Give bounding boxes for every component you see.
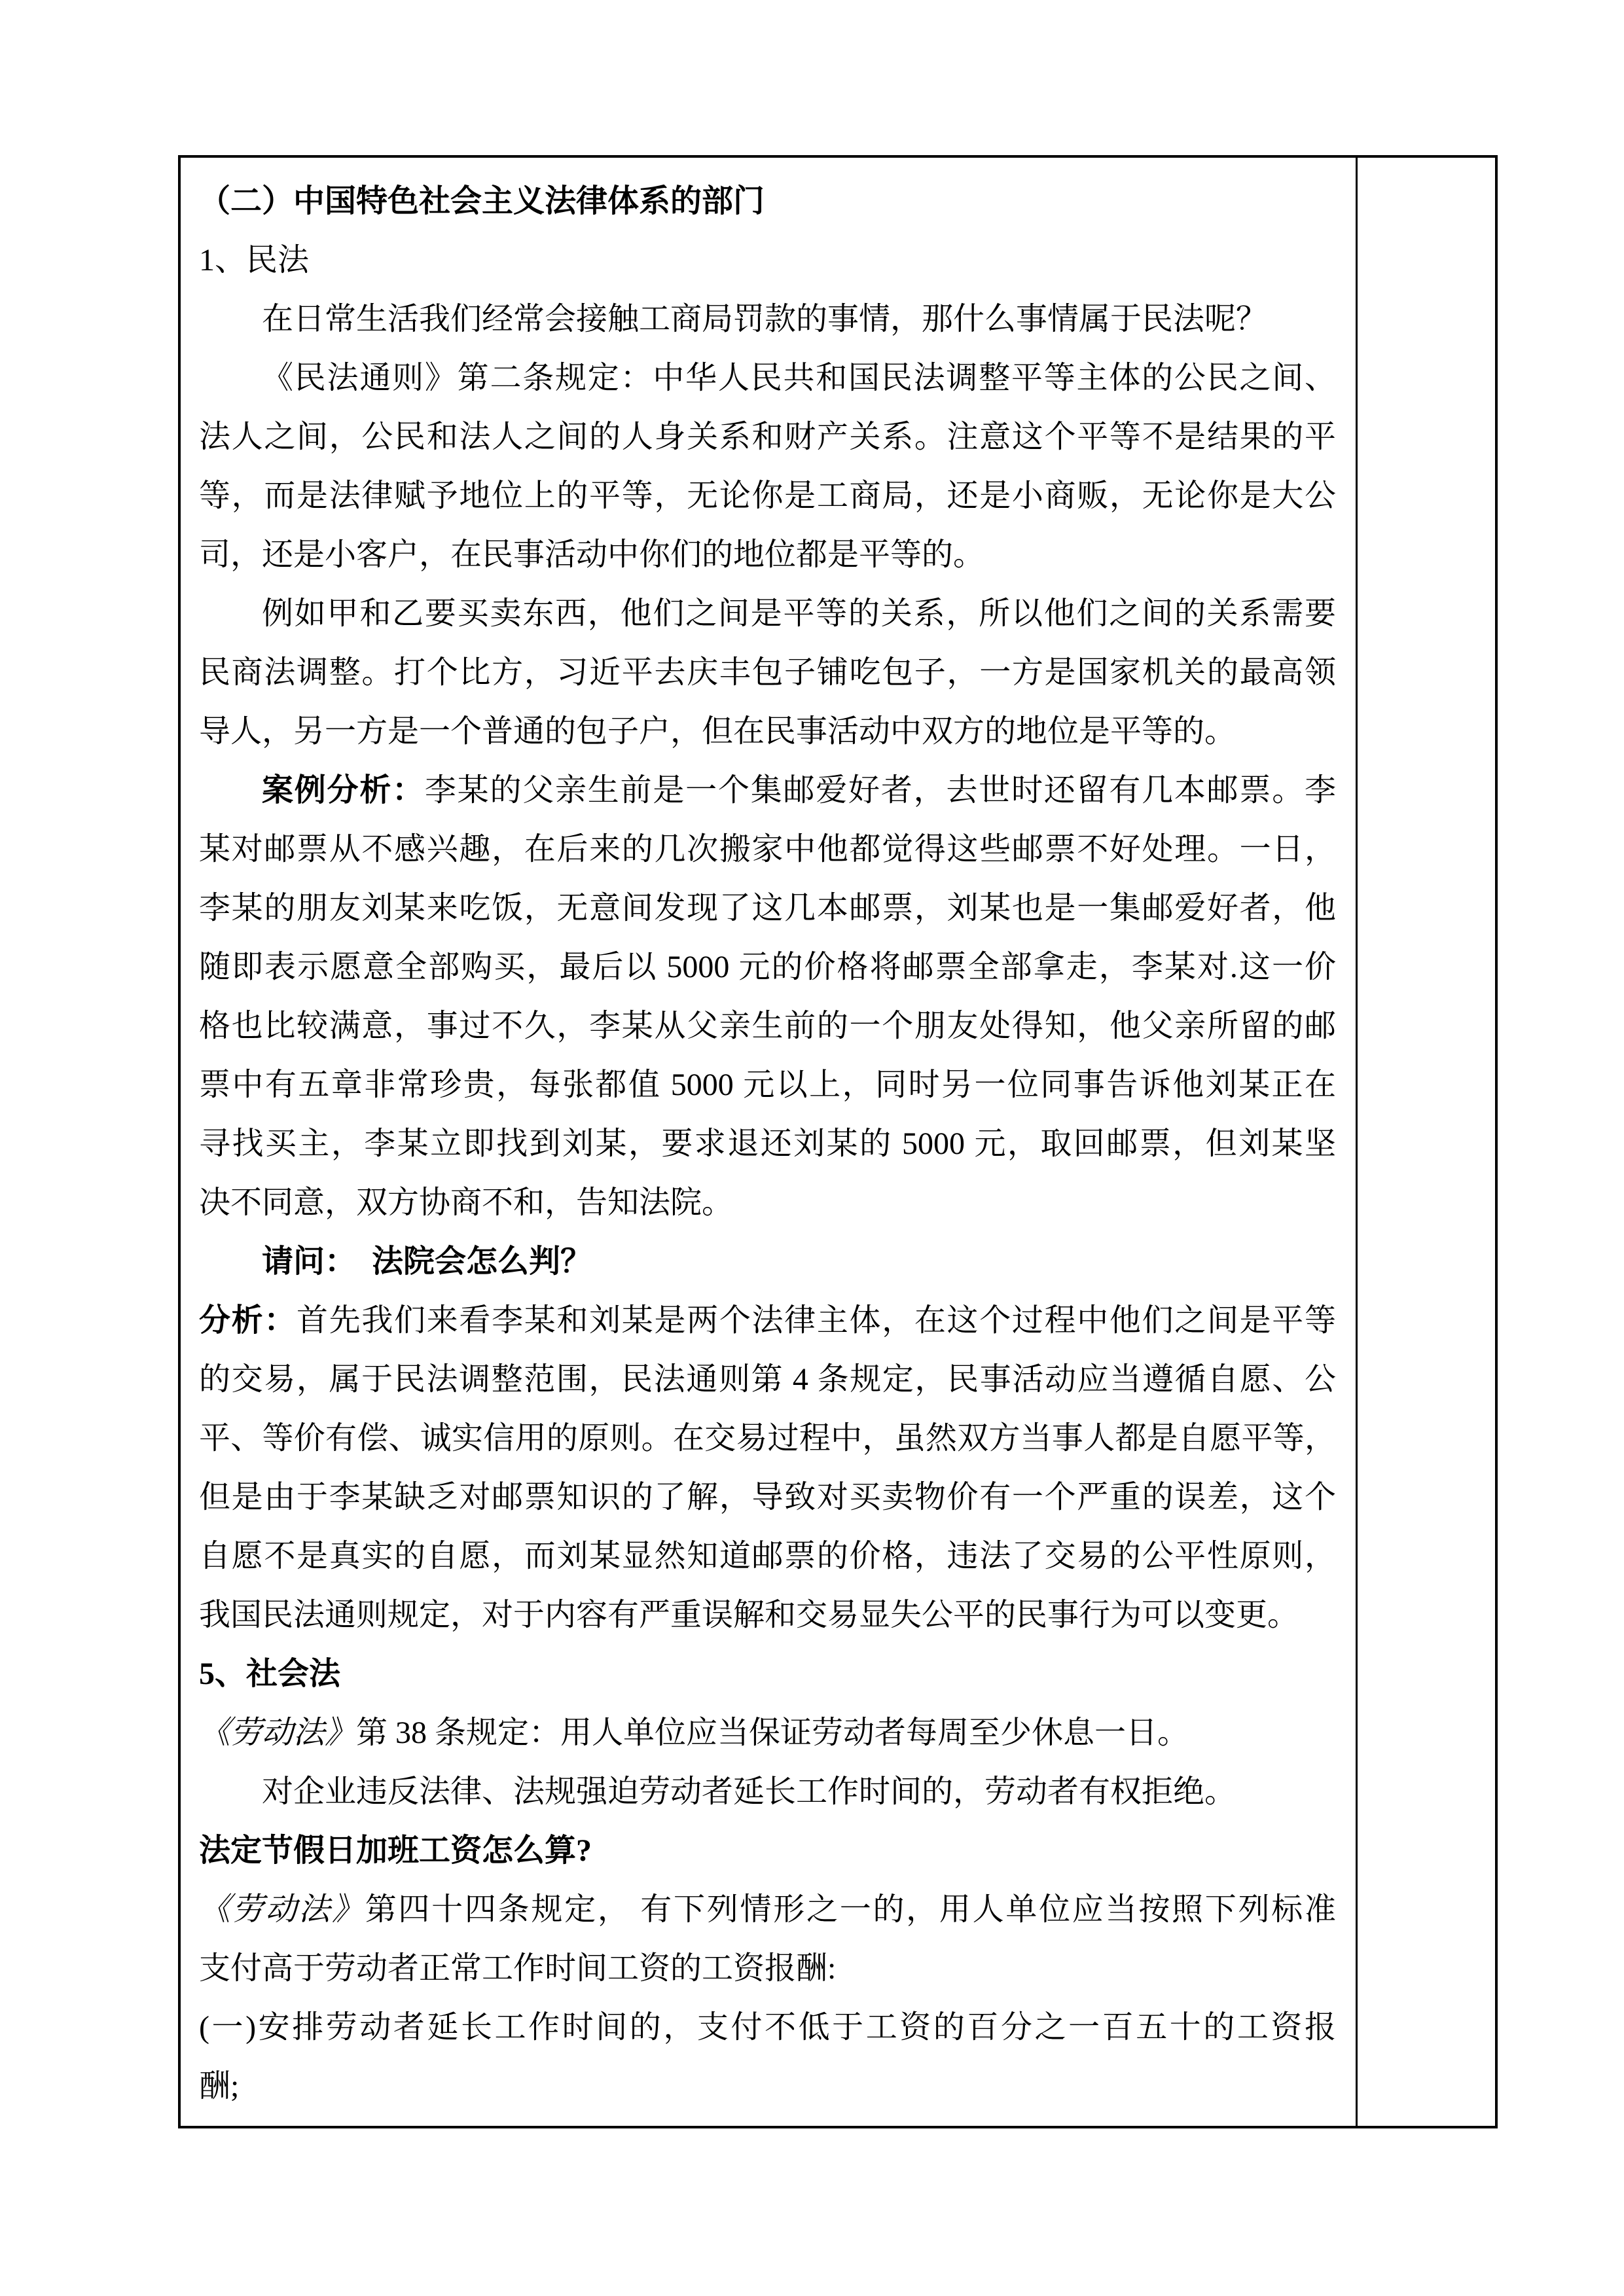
- text-run: 某对邮票从不感兴趣，在后来的几次搬家中他都觉得这些邮票不好处理。一日，: [199, 832, 1336, 867]
- text-line: 寻找买主，李某立即找到刘某，要求退还刘某的 5000 元，取回邮票，但刘某坚: [199, 1115, 1336, 1174]
- text-line: 司，还是小客户，在民事活动中你们的地位都是平等的。: [199, 526, 1336, 584]
- text-line: （二）中国特色社会主义法律体系的部门: [199, 172, 1336, 231]
- text-line: 我国民法通则规定，对于内容有严重误解和交易显失公平的民事行为可以变更。: [199, 1586, 1336, 1645]
- text-line: 决不同意，双方协商不和，告知法院。: [199, 1174, 1336, 1232]
- text-run: 在日常生活我们经常会接触工商局罚款的事情，那什么事情属于民法呢？: [262, 302, 1267, 336]
- text-run: 例如甲和乙要买卖东西，他们之间是平等的关系，所以他们之间的关系需要: [262, 596, 1336, 631]
- text-run: 等，而是法律赋予地位上的平等，无论你是工商局，还是小商贩，无论你是大公: [199, 478, 1336, 513]
- text-run: 1、民法: [199, 243, 309, 278]
- text-run: 案例分析：: [262, 773, 425, 808]
- text-run: 导人，另一方是一个普通的包子户，但在民事活动中双方的地位是平等的。: [199, 714, 1236, 749]
- text-line: 在日常生活我们经常会接触工商局罚款的事情，那什么事情属于民法呢？: [199, 290, 1336, 349]
- empty-side-cell: [1358, 158, 1495, 2126]
- text-run: 《劳动法》: [199, 1715, 356, 1750]
- text-run: 对企业违反法律、法规强迫劳动者延长工作时间的，劳动者有权拒绝。: [262, 1774, 1236, 1809]
- text-line: 支付高于劳动者正常工作时间工资的工资报酬:: [199, 1939, 1336, 1998]
- content-table: （二）中国特色社会主义法律体系的部门1、民法在日常生活我们经常会接触工商局罚款的…: [178, 155, 1498, 2128]
- text-run: 第四十四条规定， 有下列情形之一的，用人单位应当按照下列标准: [365, 1892, 1336, 1927]
- text-run: 《民法通则》第二条规定：中华人民共和国民法调整平等主体的公民之间、: [262, 361, 1336, 395]
- text-line: (一)安排劳动者延长工作时间的，支付不低于工资的百分之一百五十的工资报: [199, 1998, 1336, 2057]
- text-run: 请问： 法院会怎么判？: [262, 1244, 592, 1279]
- text-line: 例如甲和乙要买卖东西，他们之间是平等的关系，所以他们之间的关系需要: [199, 584, 1336, 643]
- document-body: （二）中国特色社会主义法律体系的部门1、民法在日常生活我们经常会接触工商局罚款的…: [181, 158, 1358, 2126]
- text-run: (一)安排劳动者延长工作时间的，支付不低于工资的百分之一百五十的工资报: [199, 2010, 1336, 2045]
- text-line: 5、社会法: [199, 1645, 1336, 1704]
- text-run: 格也比较满意，事过不久，李某从父亲生前的一个朋友处得知，他父亲所留的邮: [199, 1009, 1336, 1043]
- text-run: 平、等价有偿、诚实信用的原则。在交易过程中，虽然双方当事人都是自愿平等，: [199, 1421, 1336, 1456]
- text-line: 请问： 法院会怎么判？: [199, 1232, 1336, 1291]
- text-run: 分析：: [199, 1303, 297, 1338]
- text-line: 法人之间，公民和法人之间的人身关系和财产关系。注意这个平等不是结果的平: [199, 408, 1336, 467]
- text-line: 对企业违反法律、法规强迫劳动者延长工作时间的，劳动者有权拒绝。: [199, 1763, 1336, 1821]
- text-line: 票中有五章非常珍贵，每张都值 5000 元以上，同时另一位同事告诉他刘某正在: [199, 1056, 1336, 1115]
- text-line: 酬;: [199, 2057, 1336, 2116]
- text-line: 随即表示愿意全部购买，最后以 5000 元的价格将邮票全部拿走，李某对.这一价: [199, 938, 1336, 997]
- text-run: 法定节假日加班工资怎么算?: [199, 1833, 592, 1868]
- text-run: 第 38 条规定：用人单位应当保证劳动者每周至少休息一日。: [356, 1715, 1189, 1750]
- text-run: 酬;: [199, 2069, 239, 2104]
- text-run: 李某的朋友刘某来吃饭，无意间发现了这几本邮票，刘某也是一集邮爱好者，他: [199, 891, 1336, 925]
- text-run: 但是由于李某缺乏对邮票知识的了解，导致对买卖物价有一个严重的误差，这个: [199, 1480, 1336, 1515]
- text-run: 寻找买主，李某立即找到刘某，要求退还刘某的 5000 元，取回邮票，但刘某坚: [199, 1126, 1336, 1161]
- text-run: （二）中国特色社会主义法律体系的部门: [199, 184, 765, 219]
- text-line: 《劳动法》第四十四条规定， 有下列情形之一的，用人单位应当按照下列标准: [199, 1880, 1336, 1939]
- text-line: 《民法通则》第二条规定：中华人民共和国民法调整平等主体的公民之间、: [199, 349, 1336, 408]
- text-run: 支付高于劳动者正常工作时间工资的工资报酬:: [199, 1951, 836, 1986]
- text-line: 1、民法: [199, 231, 1336, 290]
- text-line: 分析：首先我们来看李某和刘某是两个法律主体，在这个过程中他们之间是平等: [199, 1291, 1336, 1350]
- text-run: 5、社会法: [199, 1657, 340, 1691]
- text-line: 平、等价有偿、诚实信用的原则。在交易过程中，虽然双方当事人都是自愿平等，: [199, 1409, 1336, 1468]
- text-line: 等，而是法律赋予地位上的平等，无论你是工商局，还是小商贩，无论你是大公: [199, 467, 1336, 526]
- text-run: 决不同意，双方协商不和，告知法院。: [199, 1185, 733, 1220]
- text-run: 民商法调整。打个比方，习近平去庆丰包子铺吃包子，一方是国家机关的最高领: [199, 655, 1336, 690]
- text-run: 《劳动法》: [199, 1892, 365, 1927]
- text-line: 但是由于李某缺乏对邮票知识的了解，导致对买卖物价有一个严重的误差，这个: [199, 1468, 1336, 1527]
- text-run: 自愿不是真实的自愿，而刘某显然知道邮票的价格，违法了交易的公平性原则，: [199, 1539, 1336, 1573]
- text-run: 随即表示愿意全部购买，最后以 5000 元的价格将邮票全部拿走，李某对.这一价: [199, 950, 1336, 984]
- text-line: 李某的朋友刘某来吃饭，无意间发现了这几本邮票，刘某也是一集邮爱好者，他: [199, 879, 1336, 938]
- text-line: 导人，另一方是一个普通的包子户，但在民事活动中双方的地位是平等的。: [199, 702, 1336, 761]
- text-run: 李某的父亲生前是一个集邮爱好者，去世时还留有几本邮票。李: [425, 773, 1336, 808]
- text-run: 司，还是小客户，在民事活动中你们的地位都是平等的。: [199, 537, 984, 572]
- text-run: 票中有五章非常珍贵，每张都值 5000 元以上，同时另一位同事告诉他刘某正在: [199, 1067, 1336, 1102]
- text-line: 格也比较满意，事过不久，李某从父亲生前的一个朋友处得知，他父亲所留的邮: [199, 997, 1336, 1056]
- text-line: 《劳动法》第 38 条规定：用人单位应当保证劳动者每周至少休息一日。: [199, 1704, 1336, 1763]
- text-line: 案例分析：李某的父亲生前是一个集邮爱好者，去世时还留有几本邮票。李: [199, 761, 1336, 820]
- text-line: 的交易，属于民法调整范围，民法通则第 4 条规定，民事活动应当遵循自愿、公: [199, 1350, 1336, 1409]
- text-line: 法定节假日加班工资怎么算?: [199, 1821, 1336, 1880]
- text-run: 法人之间，公民和法人之间的人身关系和财产关系。注意这个平等不是结果的平: [199, 420, 1336, 454]
- text-line: 民商法调整。打个比方，习近平去庆丰包子铺吃包子，一方是国家机关的最高领: [199, 643, 1336, 702]
- text-run: 首先我们来看李某和刘某是两个法律主体，在这个过程中他们之间是平等: [297, 1303, 1336, 1338]
- text-run: 的交易，属于民法调整范围，民法通则第 4 条规定，民事活动应当遵循自愿、公: [199, 1362, 1336, 1397]
- document-page: （二）中国特色社会主义法律体系的部门1、民法在日常生活我们经常会接触工商局罚款的…: [0, 0, 1624, 2296]
- text-line: 自愿不是真实的自愿，而刘某显然知道邮票的价格，违法了交易的公平性原则，: [199, 1527, 1336, 1586]
- text-line: 某对邮票从不感兴趣，在后来的几次搬家中他都觉得这些邮票不好处理。一日，: [199, 820, 1336, 879]
- text-run: 我国民法通则规定，对于内容有严重误解和交易显失公平的民事行为可以变更。: [199, 1598, 1299, 1632]
